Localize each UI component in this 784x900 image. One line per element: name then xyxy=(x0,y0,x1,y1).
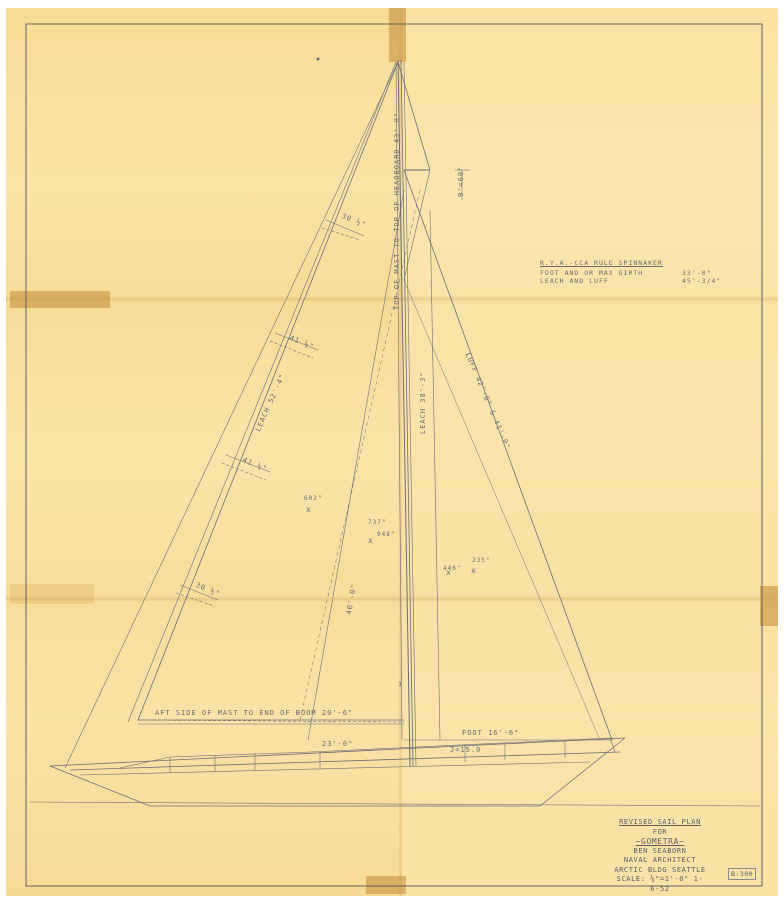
sheet-number: B-300 xyxy=(728,868,756,880)
center-c3: 446" xyxy=(443,566,461,572)
jib-luff-line xyxy=(404,170,612,740)
spinnaker-note-title: R.Y.A.-CCA RULE SPINNAKER xyxy=(540,258,721,268)
svg-text:x: x xyxy=(471,566,476,575)
mast-line-2 xyxy=(401,60,413,766)
center-main-area: 602" xyxy=(304,496,322,502)
jib-leach-dimension: LEACH 38'-3" xyxy=(420,371,427,434)
forestay-dimension: TOP OF MAST TO TOP OF HEADBOARD 43'-0" xyxy=(394,112,401,310)
vessel-name: ~GOMETRA~ xyxy=(612,837,708,847)
center-c4: 235" xyxy=(472,558,490,564)
waterline xyxy=(30,802,760,806)
boom-dimension: AFT SIDE OF MAST TO END OF BOOM 20'-6" xyxy=(155,710,353,717)
center-c2: 948" xyxy=(377,532,395,538)
main-foot-dimension: 23'-0" xyxy=(322,741,353,748)
svg-text:x: x xyxy=(368,536,373,545)
center-c1: 737" xyxy=(368,520,386,526)
spinnaker-luff xyxy=(65,62,398,768)
designer-name: BEN SEABORN xyxy=(612,847,708,857)
mast-mark: 3 xyxy=(398,682,403,688)
title-for: FOR xyxy=(612,828,708,838)
headboard-dimension: 9'=60" xyxy=(458,166,465,197)
spinnaker-row: LEACH AND LUFF 45'-3/4" xyxy=(540,276,721,286)
designer-address: ARCTIC BLDG SEATTLE xyxy=(612,866,708,876)
designer-role: NAVAL ARCHITECT xyxy=(612,856,708,866)
sail-plan-drawing: x x x x xyxy=(0,0,784,900)
jib-foot-dimension: FOOT 16'-6" xyxy=(462,730,519,737)
center-mark: x xyxy=(306,505,311,514)
hull-profile xyxy=(30,738,760,806)
title-block: REVISED SAIL PLAN FOR ~GOMETRA~ BEN SEAB… xyxy=(612,818,708,894)
drawing-scale: SCALE: ⅛"=1'-0" 1-6-52 xyxy=(612,875,708,894)
spinnaker-note: R.Y.A.-CCA RULE SPINNAKER FOOT AND OR MA… xyxy=(540,258,721,286)
title-heading: REVISED SAIL PLAN xyxy=(612,818,708,828)
j-measure: J=15.0 xyxy=(450,747,481,754)
